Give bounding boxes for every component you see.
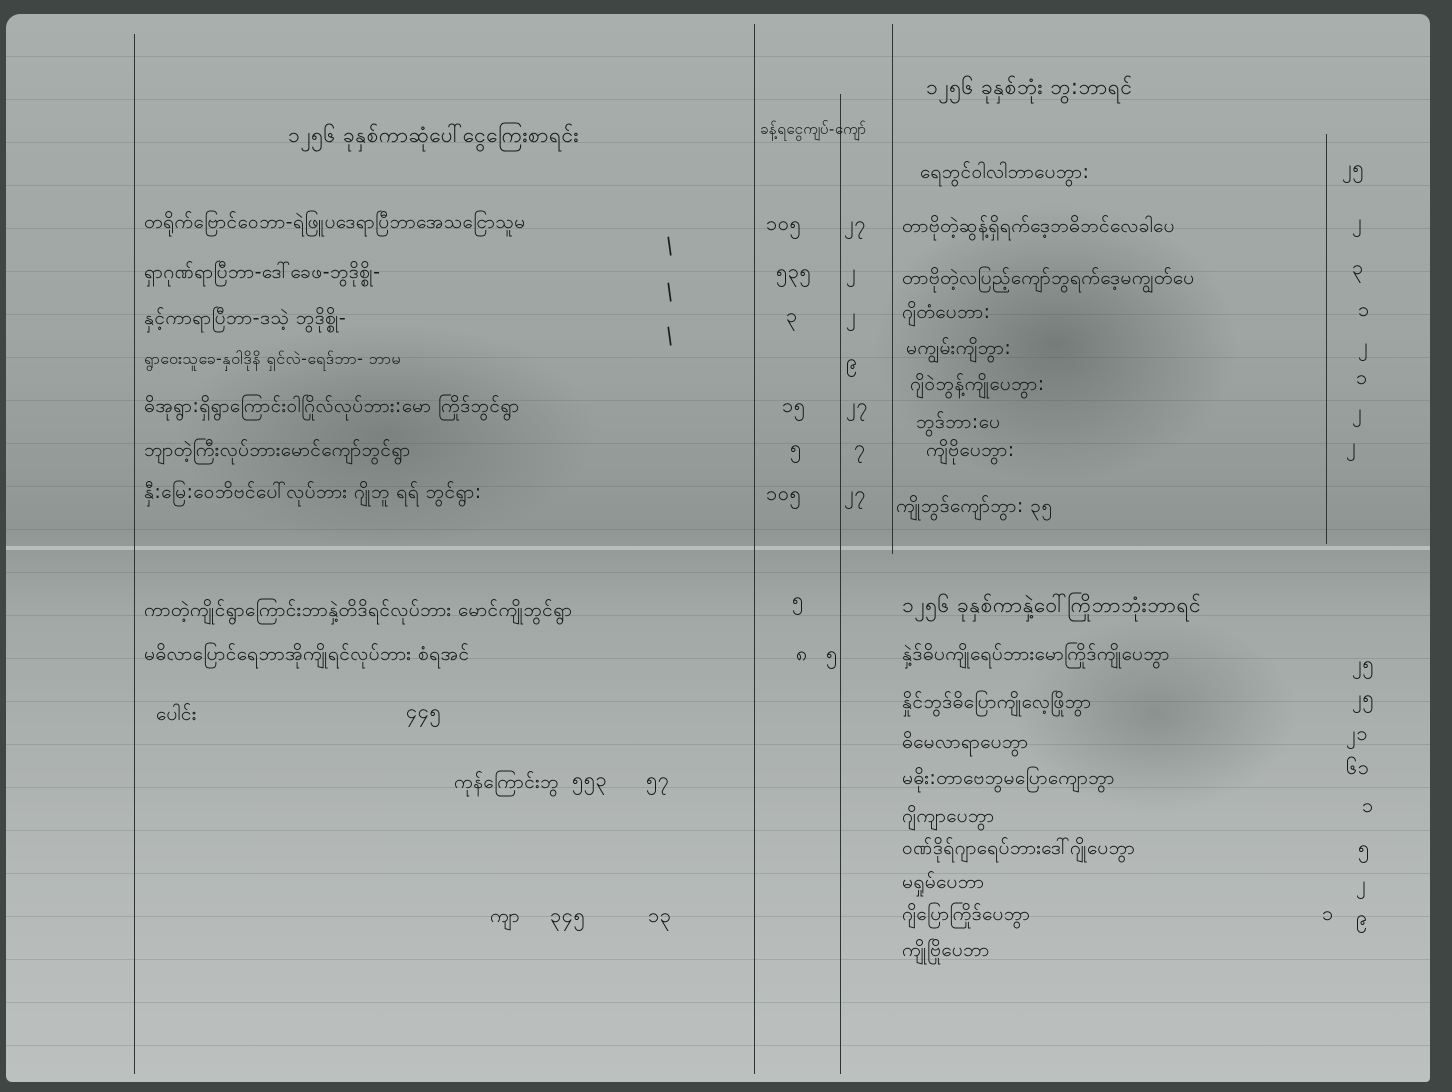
right-bottom-amount-7: ၂ — [1356, 870, 1366, 900]
right-bottom-entry-9: ကျိုဗြိုပေဘာ — [902, 938, 990, 966]
left-amount-7b: ၂၇ — [844, 480, 866, 510]
left-amount-6b: ၇ — [854, 434, 866, 464]
right-bottom-entry-6: ဝဏ်ဒိုရ်ဂျာရေပ်ဘားဒေါ်ဂျိုပေဘွာ — [902, 836, 1135, 864]
left-page-title: ၁၂၅၆ ခုနှစ်ကာဆုံပေါ်ငွေကြေးစာရင်း — [288, 122, 579, 153]
left-entry-4: ရွာဝေးသူခေ-နှဝါဒိုနိ ရှင်လဲ-ရေဒ်ဘာ- ဘာမ — [144, 348, 401, 372]
right-amount-4: ၁ — [1358, 296, 1370, 326]
deduction-value-b: ၅၇ — [646, 766, 670, 796]
right-entry-8: ကျိဗိုပေဘွာ: — [926, 438, 1015, 466]
right-entry-7: ဘွဒ်ဘာ:ပေ — [916, 410, 1000, 438]
amount-column-rule-mid — [840, 94, 841, 1074]
right-entry-2: တာဗိုတဲ့ဆွန့်ရှိရက်ဒေ့ဘဓိဘင်လေခါပေ — [902, 214, 1175, 242]
right-entry-3: တာဗိုတဲ့လပြည့်ကျော်ဘွရက်ဒေ့မကျွတ်ပေ — [902, 266, 1194, 294]
left-entry-8: ကာတဲ့ကျိုင်ရွာကြောင်းဘာနှဲ့တိဒိရင်လုပ်ဘာ… — [144, 598, 572, 626]
right-top-subtotal: ကျိုဘွဒ်ကျော်ဘွာ: ၃၅ — [896, 494, 1053, 522]
right-amount-6: ၁ — [1356, 364, 1368, 394]
right-entry-1: ရေဘွင်ဝါလါဘာပေဘွာ: — [920, 160, 1089, 188]
right-amount-7: ၂ — [1352, 398, 1362, 428]
subtotal-value: ၄၄၅ — [406, 698, 441, 728]
check-mark: / — [661, 280, 678, 306]
left-amount-8a: ၅ — [792, 586, 804, 616]
right-section2-title: ၁၂၅၆ ခုနှစ်ကာနှဲ့ဝေါ်ကြိုဘာဘုံးဘာရင် — [902, 592, 1201, 623]
right-bottom-amount-6: ၅ — [1358, 834, 1370, 864]
right-bottom-entry-1: နှဲ့ဒ်ဓိပကျိုရေပ်ဘားမောကြိုဒ်ကျိုပေဘွာ — [902, 642, 1170, 670]
right-bottom-amount-1: ၂၅ — [1352, 650, 1374, 680]
left-amount-7a: ၁၀၅ — [766, 480, 801, 510]
right-amount-3: ၃ — [1352, 254, 1364, 284]
left-entry-1: တရိုက်ဗြောင်ဝေဘာ-ရဲဖြူပဒေရာပြီဘာအေသငြောသ… — [144, 210, 525, 238]
right-amount-2: ၂ — [1352, 208, 1362, 238]
right-bottom-amount-9: ၉ — [1356, 904, 1368, 934]
right-bottom-amount-4: ၆၁ — [1346, 754, 1370, 784]
left-entry-7: နှီ:မြေ:ဝေဘိဗင်ပေါ်လုပ်ဘား ဂျိုဘူ ရရ် ဘွ… — [144, 480, 482, 508]
left-entry-9: မဓိလာပြောင်ရေဘာအိုကျိုရင်လုပ်ဘား စံရအင် — [144, 642, 469, 670]
right-amount-8: ၂ — [1346, 432, 1356, 462]
right-bottom-entry-3: ဓိမေလာရာပေဘွာ — [902, 730, 1028, 758]
right-amount-5: ၂ — [1358, 332, 1368, 362]
left-entry-2: ရှာဂုဏ်ရာပြီဘာ-ဒေါ်ခေဖ-ဘွဒိုစ္စို- — [144, 260, 380, 288]
balance-label: ကျာ — [490, 904, 520, 932]
left-amount-5a: ၁၅ — [782, 392, 806, 422]
right-bottom-entry-5: ဂျိကျာပေဘွာ — [902, 804, 995, 832]
right-entry-5: မကျွမ်းကျိဘွာ: — [906, 336, 1011, 364]
right-bottom-amount-5: ၁ — [1362, 792, 1374, 822]
check-mark: / — [661, 234, 678, 260]
amount-column-header: ခန့်ရငွေကျပ်-ကျော် — [760, 120, 867, 142]
deduction-label: ကုန်ကြောင်းဘွ — [454, 770, 559, 798]
left-amount-1a: ၁၀၅ — [766, 210, 801, 240]
left-amount-3a: ၃ — [786, 302, 798, 332]
right-bottom-amount-8: ၁ — [1322, 900, 1334, 930]
left-amount-2b: ၂ — [846, 258, 856, 288]
right-bottom-entry-8: ဂျိပြောကြိုဒ်ပေဘွာ — [902, 902, 1030, 930]
left-entry-3: နှင့်ကာရာပြီဘာ-ဒသဲ့ ဘွဒိုစ္စို- — [144, 306, 346, 334]
right-entry-6: ဂျိဝဲဘွန့်ကျိုပေဘွာ: — [910, 372, 1045, 400]
check-mark: / — [661, 324, 678, 350]
right-bottom-entry-4: မဓိုး:တာဗေဘွမပြောကျောဘွာ — [902, 766, 1115, 794]
right-bottom-amount-3: ၂၁ — [1346, 720, 1368, 750]
right-amount-rule — [1326, 134, 1327, 544]
subtotal-label: ပေါင်း — [156, 702, 197, 730]
right-bottom-entry-2: နှိုင်ဘွဒ်ဓိပြောကျိုလေ့ဖြိုဘွာ — [902, 690, 1091, 718]
right-bottom-entry-7: မရှုမ်ပေဘာ — [902, 870, 984, 898]
left-amount-6a: ၅ — [790, 434, 802, 464]
balance-value-a: ၃၄၅ — [550, 902, 585, 932]
left-amount-1b: ၂၇ — [844, 210, 866, 240]
left-entry-5: ဓိအုရွာ:ရှိရွာကြောင်းဝါဂြိုလ်လုပ်ဘား:မော… — [144, 394, 520, 422]
balance-value-b: ၁၃ — [648, 902, 672, 932]
right-amount-1: ၂၅ — [1342, 154, 1364, 184]
deduction-value-a: ၅၅၃ — [572, 766, 607, 796]
right-page-title: ၁၂၅၆ ခုနှစ်ဘုံး ဘွ:ဘာရင် — [926, 74, 1133, 105]
right-bottom-amount-2: ၂၅ — [1352, 684, 1374, 714]
left-entry-6: ဘျာတဲ့ကြီးလုပ်ဘားမောင်ကျော်ဘွင်ရွာ — [144, 438, 411, 466]
amount-column-rule-left — [754, 24, 755, 1074]
left-margin-rule — [134, 34, 135, 1074]
left-amount-3b: ၂ — [846, 302, 856, 332]
manuscript-page: ၁၂၅၆ ခုနှစ်ကာဆုံပေါ်ငွေကြေးစာရင်း ခန့်ရင… — [6, 14, 1430, 1082]
left-amount-9a: ၈ — [796, 640, 808, 670]
left-amount-4b: ၉ — [846, 348, 858, 378]
right-page-rule — [892, 24, 893, 554]
left-amount-5b: ၂၇ — [846, 392, 868, 422]
fold-line — [6, 546, 1430, 550]
right-entry-4: ဂျိတံပေဘာ: — [902, 300, 991, 328]
left-amount-2a: ၅၃၅ — [776, 258, 811, 288]
left-amount-9b: ၅ — [826, 640, 838, 670]
